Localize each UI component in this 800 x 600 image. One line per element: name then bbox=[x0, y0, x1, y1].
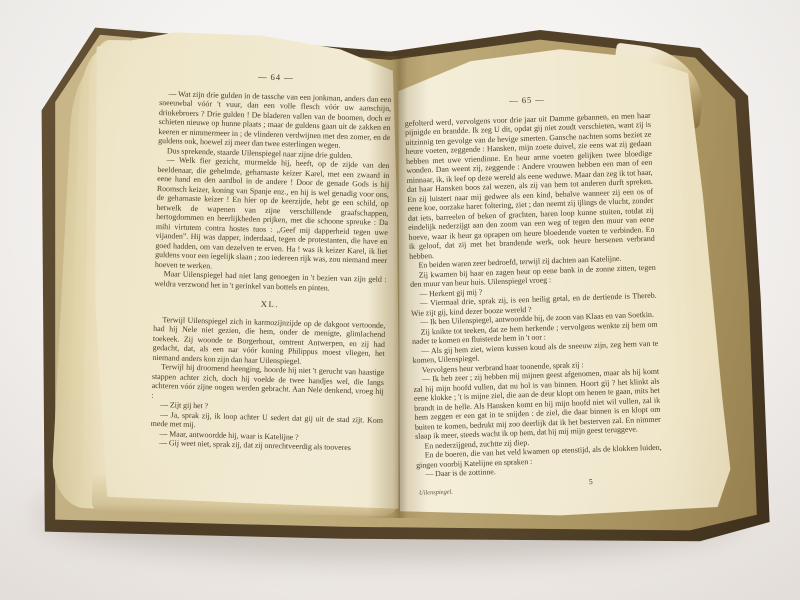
paragraph: — Wat zijn drie gulden in de tassche van… bbox=[158, 88, 391, 151]
paragraph: — Welk fier gezicht, murmelde hij, heeft… bbox=[155, 155, 390, 275]
sheet-number: 5 bbox=[589, 476, 593, 486]
paragraph: gefolterd werd, vervolgens voor drie jaa… bbox=[405, 110, 656, 261]
chapter-heading: XL. bbox=[154, 297, 386, 313]
page-right-text: — 65 — gefolterd werd, vervolgens voor d… bbox=[404, 92, 663, 498]
paragraph: Terwijl Uilenspiegel zich in karmozijnzi… bbox=[152, 314, 385, 368]
signature-mark: Uilenspiegel. bbox=[419, 487, 453, 498]
page-left-text: — 64 — — Wat zijn drie gulden in de tass… bbox=[150, 70, 392, 453]
paragraph: — Ik heb zeer ; zij hebben mij mijnen ge… bbox=[413, 367, 661, 442]
page-right-paragraphs: gefolterd werd, vervolgens voor drie jaa… bbox=[405, 110, 663, 479]
photo-background: — 64 — — Wat zijn drie gulden in de tass… bbox=[0, 0, 800, 600]
page-left-paragraphs: — Wat zijn drie gulden in de tassche van… bbox=[150, 88, 391, 453]
paragraph: Terwijl hij droomend heenging, hoorde hi… bbox=[151, 362, 384, 406]
